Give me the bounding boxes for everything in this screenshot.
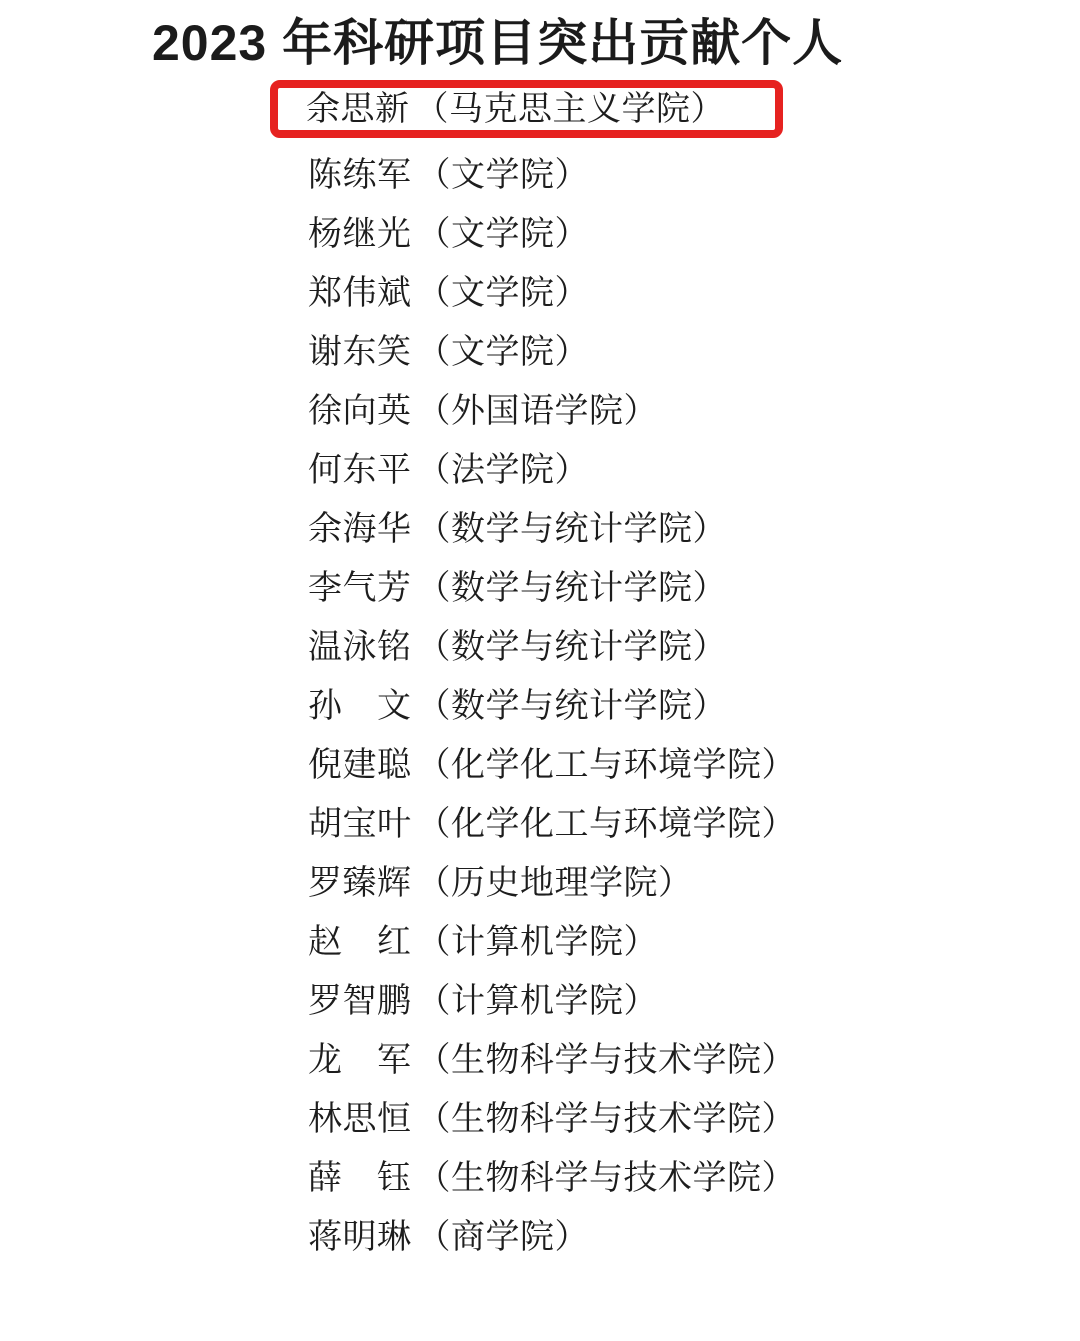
awardee-name: 胡宝叶 <box>308 795 412 854</box>
awardee-name: 蒋明琳 <box>308 1208 412 1267</box>
awardee-name: 何东平 <box>308 441 412 500</box>
awardee-name: 余海华 <box>308 500 412 559</box>
awardee-department: （计算机学院） <box>417 923 659 961</box>
awardee-department: （生物科学与技术学院） <box>417 1041 797 1079</box>
awardee-department: （马克思主义学院） <box>415 90 726 128</box>
list-item: 薛 钰（生物科学与技术学院） <box>0 1149 1080 1208</box>
list-item: 何东平（法学院） <box>0 441 1080 500</box>
awardee-name: 郑伟斌 <box>308 264 412 323</box>
awardee-name: 罗智鹏 <box>308 972 412 1031</box>
awardee-department: （数学与统计学院） <box>417 510 728 548</box>
awardee-department: （历史地理学院） <box>417 864 693 902</box>
list-item: 罗智鹏（计算机学院） <box>0 972 1080 1031</box>
list-item: 龙 军（生物科学与技术学院） <box>0 1031 1080 1090</box>
awardee-name: 林思恒 <box>308 1090 412 1149</box>
awardee-name: 赵 红 <box>308 913 412 972</box>
list-item: 倪建聪（化学化工与环境学院） <box>0 736 1080 795</box>
list-item: 杨继光（文学院） <box>0 205 1080 264</box>
awardee-name: 孙 文 <box>308 677 412 736</box>
list-item: 谢东笑（文学院） <box>0 323 1080 382</box>
highlight-box: 余思新（马克思主义学院） <box>270 80 783 138</box>
list-item: 蒋明琳（商学院） <box>0 1208 1080 1267</box>
awardee-list: 陈练军（文学院）杨继光（文学院）郑伟斌（文学院）谢东笑（文学院）徐向英（外国语学… <box>0 146 1080 1267</box>
awardee-department: （计算机学院） <box>417 982 659 1020</box>
list-item: 余海华（数学与统计学院） <box>0 500 1080 559</box>
award-announcement: 2023 年科研项目突出贡献个人 余思新（马克思主义学院） 陈练军（文学院）杨继… <box>0 0 1080 1341</box>
list-item: 赵 红（计算机学院） <box>0 913 1080 972</box>
awardee-department: （法学院） <box>417 451 590 489</box>
awardee-department: （文学院） <box>417 156 590 194</box>
list-item: 胡宝叶（化学化工与环境学院） <box>0 795 1080 854</box>
page-title: 2023 年科研项目突出贡献个人 <box>152 14 1080 72</box>
list-item: 郑伟斌（文学院） <box>0 264 1080 323</box>
highlighted-entry: 余思新（马克思主义学院） <box>270 80 1080 138</box>
awardee-department: （文学院） <box>417 215 590 253</box>
awardee-name: 倪建聪 <box>308 736 412 795</box>
awardee-name: 谢东笑 <box>308 323 412 382</box>
list-item: 陈练军（文学院） <box>0 146 1080 205</box>
awardee-name: 徐向英 <box>308 382 412 441</box>
list-item: 徐向英（外国语学院） <box>0 382 1080 441</box>
list-item: 罗臻辉（历史地理学院） <box>0 854 1080 913</box>
awardee-department: （外国语学院） <box>417 392 659 430</box>
awardee-name: 龙 军 <box>308 1031 412 1090</box>
awardee-department: （生物科学与技术学院） <box>417 1159 797 1197</box>
list-item: 李气芳（数学与统计学院） <box>0 559 1080 618</box>
list-item: 林思恒（生物科学与技术学院） <box>0 1090 1080 1149</box>
awardee-name: 薛 钰 <box>308 1149 412 1208</box>
awardee-department: （化学化工与环境学院） <box>417 805 797 843</box>
awardee-department: （商学院） <box>417 1218 590 1256</box>
awardee-department: （数学与统计学院） <box>417 687 728 725</box>
awardee-department: （文学院） <box>417 333 590 371</box>
awardee-department: （数学与统计学院） <box>417 569 728 607</box>
awardee-department: （化学化工与环境学院） <box>417 746 797 784</box>
awardee-department: （生物科学与技术学院） <box>417 1100 797 1138</box>
awardee-name: 余思新 <box>306 91 410 127</box>
list-item: 孙 文（数学与统计学院） <box>0 677 1080 736</box>
awardee-name: 罗臻辉 <box>308 854 412 913</box>
list-item: 温泳铭（数学与统计学院） <box>0 618 1080 677</box>
awardee-department: （数学与统计学院） <box>417 628 728 666</box>
awardee-name: 李气芳 <box>308 559 412 618</box>
awardee-name: 温泳铭 <box>308 618 412 677</box>
awardee-name: 杨继光 <box>308 205 412 264</box>
awardee-department: （文学院） <box>417 274 590 312</box>
awardee-name: 陈练军 <box>308 146 412 205</box>
